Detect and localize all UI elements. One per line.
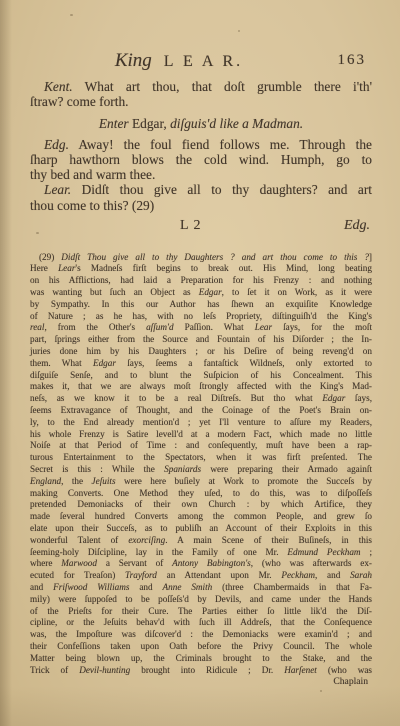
stage-direction: Enter Edgar, diſguis'd like a Madman. <box>30 116 372 131</box>
text-line: Trick of Devil-hunting brought into Ridi… <box>30 665 372 677</box>
text-line: Edg. Away! the foul fiend follows me. Th… <box>30 137 372 152</box>
signature-row: L 2 Edg. <box>30 218 372 235</box>
text-line: was wanting but ſuch an Object as Edgar,… <box>30 287 372 299</box>
text-segment: Sarah <box>350 570 372 580</box>
text-line: Here Lear's Madneſs firſt begins to brea… <box>30 263 372 275</box>
text-segment: mily) were ſuppoſed to be poſſeſs'd by D… <box>30 594 372 604</box>
text-line: Noiſe at that Period of Time : and conſe… <box>30 440 372 452</box>
text-line: part, ſprings either from the Source and… <box>30 334 372 346</box>
text-segment: (29) <box>39 252 61 262</box>
running-title-lear: L E A R. <box>164 53 243 70</box>
text-line: them. What Edgar ſays, ſeems a fantaſtic… <box>30 358 372 370</box>
text-segment: Friſwood Williams <box>53 582 129 592</box>
text-segment: and <box>30 582 53 592</box>
text-segment: of Nature ; as he has, with no leſs Prop… <box>30 311 372 321</box>
text-segment: ſays, for the moſt <box>272 322 372 332</box>
text-segment: on his Afflictions, had laid a Preparati… <box>30 275 372 285</box>
text-segment: ſeeming-holy Diſcipline, lay in the Fami… <box>30 547 287 557</box>
text-segment: ſharp hawthorn blows the cold wind. Hump… <box>30 152 372 167</box>
text-segment: and <box>129 582 162 592</box>
text-line: was, the Impoſture was diſcover'd : the … <box>30 629 372 641</box>
text-line: juries done him by his Daughters ; or hi… <box>30 346 372 358</box>
text-segment: real <box>30 322 44 332</box>
text-segment: their Confeſſions taken upon Oath before… <box>30 641 372 651</box>
signature-mark: L 2 <box>180 218 202 234</box>
text-line: their Confeſſions taken upon Oath before… <box>30 641 372 653</box>
text-segment: them. What <box>30 358 93 368</box>
text-line: ſeems Extravagance of Thought, and the C… <box>30 405 372 417</box>
text-segment: his whole Frenzy is Satire levell'd at a… <box>30 429 372 439</box>
text-segment: Jeſuits <box>92 476 116 486</box>
paper-speck <box>320 690 322 692</box>
text-segment: wonderful Talent of <box>30 535 128 545</box>
text-segment: Lear <box>58 263 75 273</box>
text-line: pretended Demoniacks of their own Church… <box>30 499 372 511</box>
text-line: cipline, or the Jeſuits behav'd with ſuc… <box>30 617 372 629</box>
text-segment: pretended Demoniacks of their own Church… <box>30 499 372 509</box>
text-segment: , from the Other's <box>44 322 146 332</box>
text-segment: Secret is this : While the <box>30 464 164 474</box>
text-segment: diſguiſe Senſe, and to blunt the Suſpici… <box>30 370 372 380</box>
text-segment: Peckham <box>281 570 315 580</box>
text-line: makes it, that we are always moſt ſtrong… <box>30 381 372 393</box>
text-segment: ſays, ſeems a fantaſtick Wildneſs, only … <box>116 358 372 368</box>
text-segment: ſeems Extravagance of Thought, and the C… <box>30 405 372 415</box>
text-segment: Edgar <box>322 393 345 403</box>
text-line: wonderful Talent of exorciſing. A main S… <box>30 535 372 547</box>
text-segment: an Attendant upon Mr. <box>157 570 281 580</box>
text-line: Kent. What art thou, that doſt grumble t… <box>30 79 372 94</box>
text-segment: part, ſprings either from the Source and… <box>30 334 372 344</box>
text-segment: (three Chambermaids in that Fa- <box>212 582 372 592</box>
main-text: Kent. What art thou, that doſt grumble t… <box>30 79 372 213</box>
text-segment: 's Madneſs firſt begins to break out. Hi… <box>75 263 372 273</box>
text-line: neſs, as we know it to be a real Diſtreſ… <box>30 393 372 405</box>
text-segment: ; <box>361 547 372 557</box>
text-segment: thou come to this? (29) <box>30 198 154 213</box>
text-segment: Kent. <box>44 79 73 94</box>
page-number: 163 <box>338 52 367 69</box>
text-segment: Here <box>30 263 58 273</box>
text-segment: Didſt Thou give all to thy Daughters ? a… <box>61 252 369 262</box>
text-segment: Edgar <box>93 358 116 368</box>
text-segment: Trayford <box>125 570 157 580</box>
text-segment: Edg. <box>44 137 69 152</box>
text-line: Lear. Didſt thou give all to thy daughte… <box>30 182 372 197</box>
text-segment: Enter <box>99 116 132 131</box>
text-segment: Marwood <box>61 558 97 568</box>
text-segment: Edgar, <box>132 116 167 131</box>
text-segment: What art thou, that doſt grumble there i… <box>73 79 372 94</box>
text-line: Secret is this : While the Spaniards wer… <box>30 464 372 476</box>
text-segment: , to ſet it on Work, as it were <box>222 287 372 297</box>
text-segment: by Sympathy. In this our Author has ſhew… <box>30 299 372 309</box>
text-segment: making Converts. One Method they uſed, t… <box>30 488 372 498</box>
text-segment: Paſſion. What <box>174 322 255 332</box>
text-segment: ſtraw? come forth. <box>30 94 129 109</box>
text-segment: exorciſing <box>128 535 165 545</box>
text-segment: cipline, or the Jeſuits behav'd with ſuc… <box>30 617 372 627</box>
text-segment: makes it, that we are always moſt ſtrong… <box>30 381 372 391</box>
text-segment: was, the Impoſture was diſcover'd : the … <box>30 629 372 639</box>
text-segment: ecuted for Treaſon) <box>30 570 125 580</box>
text-line: made ſeveral hundred Converts among the … <box>30 511 372 523</box>
text-line: by Sympathy. In this our Author has ſhew… <box>30 299 372 311</box>
text-line: mily) were ſuppoſed to be poſſeſs'd by D… <box>30 594 372 606</box>
text-line: thy bed and warm thee. <box>30 167 372 182</box>
text-line: ecuted for Treaſon) Trayford an Attendan… <box>30 570 372 582</box>
text-segment: neſs, as we know it to be a real Diſtreſ… <box>30 393 322 403</box>
text-segment: Devil-hunting <box>79 665 130 675</box>
running-title: KingL E A R. <box>30 50 328 72</box>
footnote: (29) Didſt Thou give all to thy Daughter… <box>30 252 372 689</box>
text-segment: Anne Smith <box>163 582 213 592</box>
text-line: of Nature ; as he has, with no leſs Prop… <box>30 311 372 323</box>
text-segment: were preparing their Armado againſt <box>201 464 372 474</box>
text-segment: aſſum'd <box>146 322 174 332</box>
text-segment: turous Entertainment to the Spectators, … <box>30 452 372 462</box>
text-line: Matter being blown up, the Criminals bro… <box>30 653 372 665</box>
text-line: ly, to the End already mention'd ; yet I… <box>30 417 372 429</box>
text-line: of the Prieſts for their Cure. The Parti… <box>30 606 372 618</box>
text-line: diſguiſe Senſe, and to blunt the Suſpici… <box>30 370 372 382</box>
text-segment: Lear <box>255 322 272 332</box>
text-line: elate upon their Succeſs, as to publiſh … <box>30 523 372 535</box>
text-line: real, from the Other's aſſum'd Paſſion. … <box>30 322 372 334</box>
text-line: and Friſwood Williams and Anne Smith (th… <box>30 582 372 594</box>
text-segment: were here buſiely at Work to promote the… <box>116 476 372 486</box>
text-segment: Matter being blown up, the Criminals bro… <box>30 653 372 663</box>
text-segment: was wanting but ſuch an Object as <box>30 287 199 297</box>
text-segment: thy bed and warm thee. <box>30 167 155 182</box>
text-segment: made ſeveral hundred Converts among the … <box>30 511 372 521</box>
text-segment: Edgar <box>199 287 222 297</box>
text-line: thou come to this? (29) <box>30 198 372 213</box>
text-segment: ] <box>369 252 372 262</box>
text-segment: Harſenet <box>284 665 317 675</box>
text-segment: Spaniards <box>164 464 201 474</box>
text-segment: England <box>30 476 61 486</box>
text-segment: Edmund Peckham <box>287 547 360 557</box>
text-line: (29) Didſt Thou give all to thy Daughter… <box>30 252 372 264</box>
page-content: KingL E A R. 163 Kent. What art thou, th… <box>0 0 400 688</box>
text-segment: . A main Scene of their Buſineſs, in thi… <box>165 535 372 545</box>
text-segment: Lear. <box>44 182 71 197</box>
text-segment: of the Prieſts for their Cure. The Parti… <box>30 606 372 616</box>
text-line: ſtraw? come forth. <box>30 94 372 109</box>
text-segment: juries done him by his Daughters ; or hi… <box>30 346 372 356</box>
text-segment: , (who was afterwards ex- <box>251 558 372 568</box>
text-segment: a Servant of <box>97 558 172 568</box>
text-segment: diſguis'd like a Madman. <box>167 116 303 131</box>
footnote-catchword: Chaplain <box>30 676 372 688</box>
catchword: Edg. <box>344 218 370 234</box>
text-segment: Didſt thou give all to thy daughters? an… <box>71 182 372 197</box>
text-segment: where <box>30 558 61 568</box>
book-page: KingL E A R. 163 Kent. What art thou, th… <box>0 0 400 726</box>
text-segment: , and <box>315 570 350 580</box>
text-segment: ly, to the End already mention'd ; yet I… <box>30 417 372 427</box>
text-line: ſeeming-holy Diſcipline, lay in the Fami… <box>30 547 372 559</box>
text-line: his whole Frenzy is Satire levell'd at a… <box>30 429 372 441</box>
text-line: England, the Jeſuits were here buſiely a… <box>30 476 372 488</box>
text-line: making Converts. One Method they uſed, t… <box>30 488 372 500</box>
text-segment: , the <box>61 476 91 486</box>
text-line: where Marwood a Servant of Antony Babing… <box>30 558 372 570</box>
text-segment: Noiſe at that Period of Time : and conſe… <box>30 440 372 450</box>
text-segment: Antony Babington's <box>172 558 251 568</box>
text-line: ſharp hawthorn blows the cold wind. Hump… <box>30 152 372 167</box>
text-segment: Away! the foul fiend follows me. Through… <box>69 137 372 152</box>
text-segment: Trick of <box>30 665 79 675</box>
text-line: turous Entertainment to the Spectators, … <box>30 452 372 464</box>
footnote-text: (29) Didſt Thou give all to thy Daughter… <box>30 252 372 677</box>
text-segment: (who was <box>317 665 372 675</box>
text-segment: brought into Ridicule ; Dr. <box>130 665 284 675</box>
page-header: KingL E A R. 163 <box>30 50 372 72</box>
running-title-king: King <box>115 50 152 71</box>
text-segment: elate upon their Succeſs, as to publiſh … <box>30 523 372 533</box>
text-segment: ſays, <box>345 393 372 403</box>
text-line: on his Afflictions, had laid a Preparati… <box>30 275 372 287</box>
